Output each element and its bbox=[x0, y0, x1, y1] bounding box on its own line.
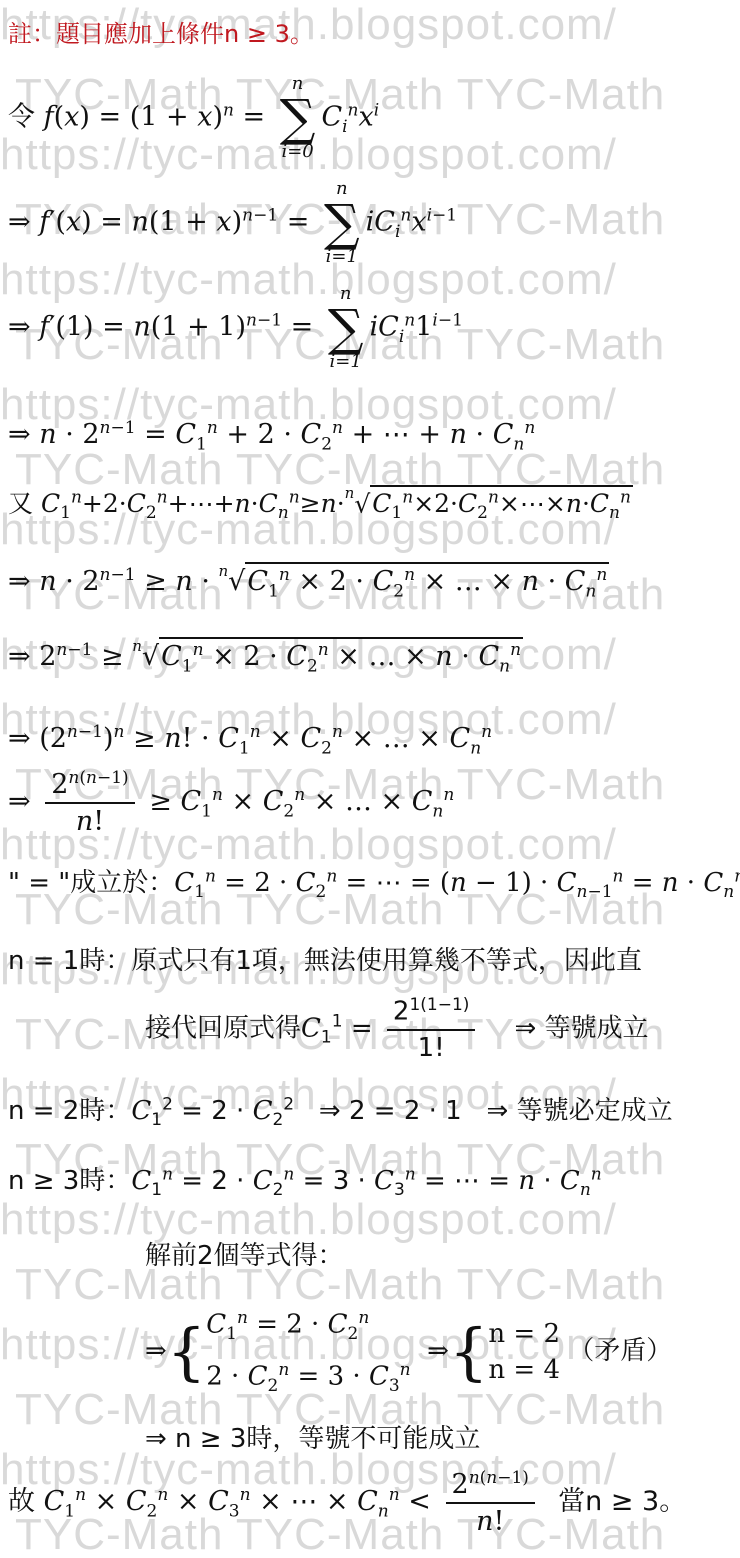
step-fraction: ⇒ 2n(n−1)n! ≥ C1n × C2n × … × Cnn bbox=[8, 768, 454, 837]
note-condition: 註：題目應加上條件n ≥ 3。 bbox=[8, 14, 314, 49]
step-evaluate-at-1: ⇒ f′(1) = n(1 + 1)n−1 = n∑i=1iCin1i−1 bbox=[8, 285, 463, 371]
step-identity: ⇒ n · 2n−1 = C1n + 2 · C2n + ⋯ + n · Cnn bbox=[8, 418, 535, 454]
step-substitute: ⇒ n · 2n−1 ≥ n · n√C1n × 2 · C2n × … × n… bbox=[8, 565, 609, 601]
summation: n∑i=1 bbox=[328, 285, 364, 371]
step-prefix: 令 bbox=[8, 102, 35, 133]
step-power-n: ⇒ (2n−1)n ≥ n! · C1n × C2n × … × Cnn bbox=[8, 722, 492, 758]
step-divide-n: ⇒ 2n−1 ≥ n√C1n × 2 · C2n × … × n · Cnn bbox=[8, 640, 523, 676]
final-conclusion: 故 C1n × C2n × C3n × ⋯ × Cnn < 2n(n−1)n! … bbox=[8, 1468, 686, 1537]
case-n3-system: ⇒{C1n = 2 · C2n2 · C2n = 3 · C3n ⇒{n = 2… bbox=[145, 1300, 672, 1404]
step-equality-condition: " = "成立於：C1n = 2 · C2n = ⋯ = (n − 1) · C… bbox=[8, 862, 740, 902]
step-derivative: ⇒ f′(x) = n(1 + x)n−1 = n∑i=1iCinxi−1 bbox=[8, 180, 457, 266]
fraction: 21(1−1)1! bbox=[387, 995, 476, 1063]
case-n3-solve: 解前2個等式得： bbox=[145, 1235, 344, 1272]
case-n3: n ≥ 3時：C1n = 2 · C2n = 3 · C3n = ⋯ = n ·… bbox=[8, 1160, 602, 1200]
watermark-url: https://tyc-math.blogspot.com/ bbox=[0, 1195, 740, 1245]
case-n1: n = 1時：原式只有1項，無法使用算幾不等式，因此直 bbox=[8, 940, 642, 977]
summation: n∑i=0 bbox=[280, 75, 316, 161]
case-n2: n = 2時：C12 = 2 · C22 ⇒ 2 = 2 · 1 ⇒ 等號必定成… bbox=[8, 1090, 673, 1130]
contradiction-label: （矛盾） bbox=[568, 1336, 672, 1366]
case-n3-conclusion: ⇒ n ≥ 3時，等號不可能成立 bbox=[145, 1418, 480, 1455]
step-am-gm: 又 C1n+2·C2n+⋯+n·Cnn≥n·n√C1n×2·C2n×⋯×n·Cn… bbox=[8, 484, 633, 523]
case-n1-continued: 接代回原式得C11 = 21(1−1)1! ⇒ 等號成立 bbox=[145, 995, 649, 1063]
summation: n∑i=1 bbox=[324, 180, 360, 266]
step-define-f: 令 f(x) = (1 + x)n = n∑i=0Cinxi bbox=[8, 75, 379, 161]
fraction: 2n(n−1)n! bbox=[45, 768, 134, 837]
fraction: 2n(n−1)n! bbox=[446, 1468, 535, 1537]
case-label: n = 1時： bbox=[8, 946, 131, 976]
